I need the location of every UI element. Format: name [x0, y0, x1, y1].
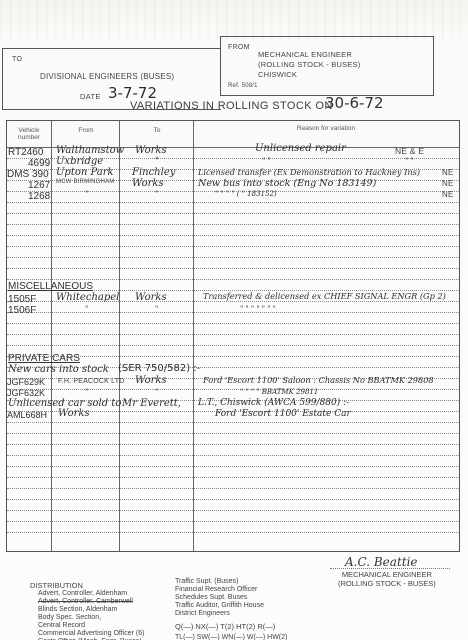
- from-depot: MCW BIRMINGHAM: [56, 179, 116, 185]
- copies-codes-line-1: Q(—) NX(—) T(2) HT(2) R(—): [175, 623, 287, 631]
- distribution-item: Body Spec. Section,: [30, 614, 144, 622]
- signature-line: [330, 568, 450, 569]
- distribution-list: DISTRIBUTION Advert, Controller, Aldenha…: [30, 582, 144, 640]
- reason: " " " " " " ": [240, 305, 276, 313]
- division: " ": [405, 157, 414, 165]
- vehicle-number: 1506F: [8, 305, 36, 316]
- vehicle-number: 1267: [28, 180, 50, 191]
- division: NE & E: [395, 146, 424, 156]
- reason: Licensed transfer (Ex Demonstration to H…: [198, 167, 420, 177]
- to-destination: Works: [132, 178, 164, 189]
- scan-edge: [0, 0, 468, 40]
- reason: Ford 'Escort 1100' Estate Car: [215, 409, 351, 419]
- division: NE: [442, 179, 454, 188]
- distribution-item: Blinds Section, Aldenham: [30, 606, 144, 614]
- document-page: TO DIVISIONAL ENGINEERS (BUSES) DATE 3-7…: [0, 0, 468, 640]
- to-destination: ": [155, 190, 158, 198]
- section-heading-private-cars: PRIVATE CARS: [8, 353, 80, 364]
- signatory-title: MECHANICAL ENGINEER (ROLLING STOCK - BUS…: [338, 570, 436, 588]
- vehicle-number: RT2460: [8, 147, 43, 158]
- reason: New bus into stock (Eng No 183149): [198, 178, 376, 189]
- from-label: FROM: [228, 44, 250, 51]
- to-label: TO: [12, 56, 22, 63]
- column-divider: [193, 121, 194, 551]
- from-depot: Works: [58, 408, 90, 419]
- page-title: VARIATIONS IN ROLLING STOCK ON: [130, 100, 333, 112]
- from-supplier: F.H. PEACOCK LTD: [58, 378, 124, 385]
- to-recipient: DIVISIONAL ENGINEERS (BUSES): [40, 72, 174, 81]
- division: NE: [442, 190, 454, 199]
- vehicle-number: DMS 390: [7, 169, 49, 180]
- section-heading-miscellaneous: MISCELLANEOUS: [8, 281, 93, 292]
- vehicle-number: JGF632K: [7, 388, 45, 398]
- distribution-item: Advert, Controller, Aldenham: [30, 590, 144, 598]
- from-line-2: (ROLLING STOCK - BUSES): [258, 60, 360, 69]
- signature: A.C. Beattie: [345, 555, 418, 569]
- distribution-title: DISTRIBUTION: [30, 582, 144, 590]
- vehicle-number: 1505F: [8, 294, 36, 305]
- to-destination: Works: [135, 145, 167, 156]
- copies-codes-line-2: TL(—) SW(—) WN(—) W(—) HW(2): [175, 634, 287, 640]
- stock-date: 30-6-72: [325, 94, 384, 112]
- reason: Unlicensed repair: [255, 143, 346, 154]
- vehicle-number: 1268: [28, 191, 50, 202]
- vehicle-number: 4699: [28, 158, 50, 169]
- column-header-reason: Reason for variation: [195, 125, 457, 132]
- from-depot: ": [85, 190, 88, 198]
- to-destination: ": [155, 156, 159, 165]
- from-line-1: MECHANICAL ENGINEER: [258, 50, 352, 59]
- buyer-name: Mr Everett,: [122, 398, 181, 409]
- distribution-item: Traffic Auditor, Griffith House: [175, 602, 287, 610]
- distribution-item: Schedules Supt. Buses: [175, 594, 287, 602]
- distribution-item: Central Record: [30, 622, 144, 630]
- reason: Ford 'Escort 1100' Saloon : Chassis No B…: [203, 375, 434, 385]
- column-header-to: To: [121, 127, 193, 134]
- signatory-title-line-1: MECHANICAL ENGINEER: [338, 570, 436, 579]
- reason: " " " " BBATMK 29811: [240, 388, 318, 396]
- vehicle-number: AML668H: [7, 410, 47, 420]
- reason: L.T., Chiswick (AWCA 599/880) :-: [198, 398, 349, 408]
- from-supplier: ": [85, 388, 88, 396]
- from-depot: Upton Park: [56, 167, 114, 178]
- from-depot: Whitechapel: [56, 292, 119, 303]
- distribution-item: Financial Research Officer: [175, 586, 287, 594]
- column-header-from: From: [53, 127, 119, 134]
- to-destination: Finchley: [132, 167, 175, 178]
- signatory-title-line-2: (ROLLING STOCK - BUSES): [338, 579, 436, 588]
- vehicle-number: JGF629K: [7, 377, 45, 387]
- to-destination: Works: [135, 292, 167, 303]
- distribution-item: District Engineers: [175, 610, 287, 618]
- distribution-list-right: Traffic Supt. (Buses) Financial Research…: [175, 578, 287, 640]
- column-header-vehicle: Vehicle number: [9, 127, 49, 141]
- from-line-3: CHISWICK: [258, 70, 297, 79]
- reason: Transferred & delicensed ex CHIEF SIGNAL…: [203, 291, 446, 301]
- division: NE: [442, 168, 454, 177]
- to-destination: ": [155, 388, 158, 396]
- from-depot: ": [85, 305, 88, 313]
- from-depot: Walthamstow: [56, 145, 124, 156]
- column-divider: [119, 121, 120, 551]
- reference-note: (SER 750/582) :-: [118, 363, 200, 374]
- reason: " ": [262, 157, 271, 165]
- column-divider: [51, 121, 52, 551]
- distribution-item: Traffic Supt. (Buses): [175, 578, 287, 586]
- to-destination: Works: [135, 375, 167, 386]
- date-label: DATE: [80, 92, 101, 101]
- distribution-item: Commercial Advertising Officer (6): [30, 630, 144, 638]
- note-text: New cars into stock: [8, 364, 109, 375]
- from-depot: Uxbridge: [56, 156, 103, 167]
- to-destination: ": [155, 305, 158, 313]
- reason: " " " " ( " 183152): [215, 190, 277, 198]
- distribution-item-struck: Advert, Controller, Camberwell: [30, 598, 144, 606]
- reference-number: Ref. 508/1: [228, 83, 258, 89]
